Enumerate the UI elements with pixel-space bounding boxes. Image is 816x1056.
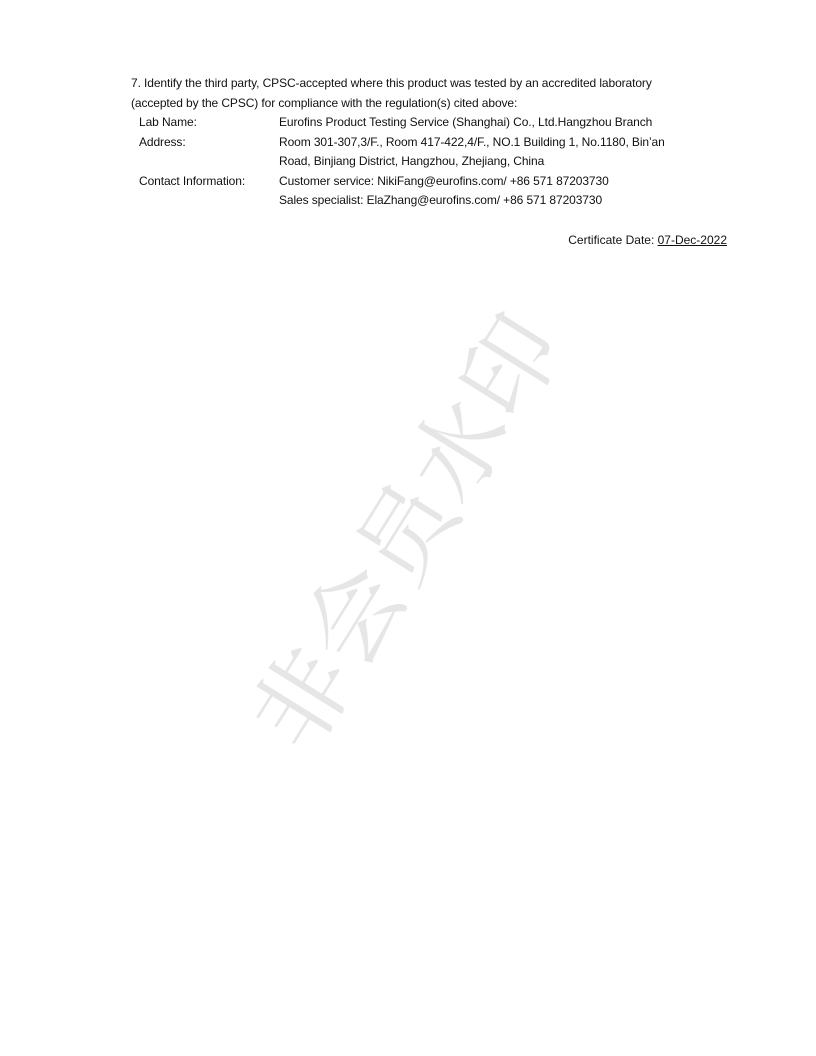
address-line-2: Road, Binjiang District, Hangzhou, Zheji…	[279, 154, 544, 168]
certificate-date: Certificate Date: 07-Dec-2022	[568, 233, 727, 247]
lab-name-label: Lab Name:	[139, 115, 197, 129]
contact-label: Contact Information:	[139, 174, 245, 188]
section-heading-line-2: (accepted by the CPSC) for compliance wi…	[131, 96, 517, 110]
address-label: Address:	[139, 135, 186, 149]
contact-customer-service: Customer service: NikiFang@eurofins.com/…	[279, 174, 609, 188]
section-heading-line-1: 7. Identify the third party, CPSC-accept…	[131, 76, 652, 90]
watermark: 非会员水印	[237, 299, 578, 765]
contact-sales-specialist: Sales specialist: ElaZhang@eurofins.com/…	[279, 193, 602, 207]
lab-name-value: Eurofins Product Testing Service (Shangh…	[279, 115, 652, 129]
document-page: 7. Identify the third party, CPSC-accept…	[0, 0, 816, 1056]
certificate-date-label: Certificate Date:	[568, 233, 657, 247]
address-line-1: Room 301-307,3/F., Room 417-422,4/F., NO…	[279, 135, 665, 149]
certificate-date-value: 07-Dec-2022	[658, 233, 727, 247]
